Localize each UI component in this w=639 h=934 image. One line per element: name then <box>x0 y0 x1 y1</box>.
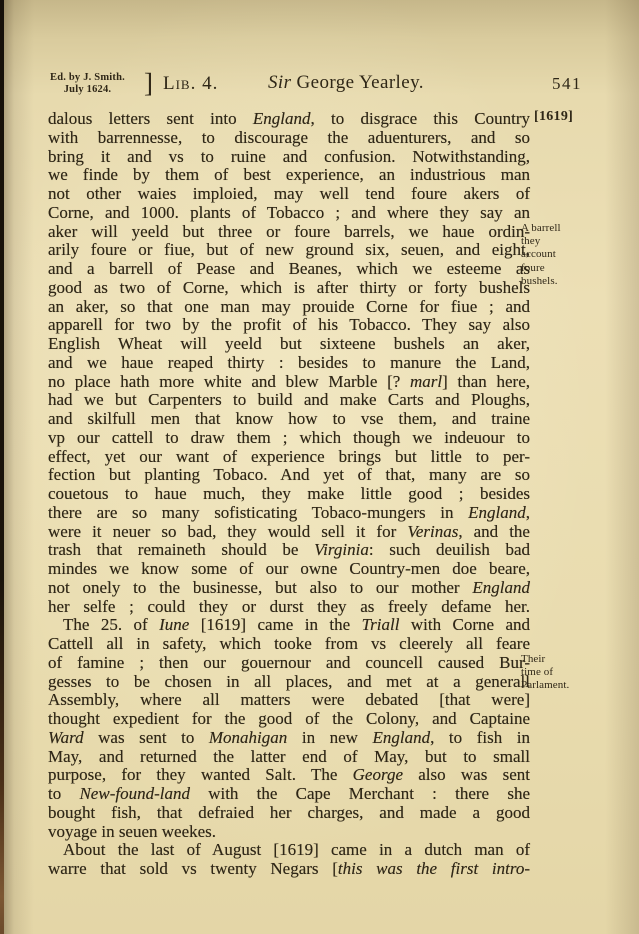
text-segment: were it neuer so bad, they would sell it… <box>48 522 407 541</box>
text-line: not other waies imploied, may well tend … <box>48 185 530 204</box>
italic-text-segment: England <box>253 109 311 128</box>
text-segment: and skilfull men that know how to vse th… <box>48 409 530 428</box>
text-line: purpose, for they wanted Salt. The Georg… <box>48 766 530 785</box>
text-segment: and we haue reaped thirty : besides to m… <box>48 353 530 372</box>
text-line: an aker, so that one man may prouide Cor… <box>48 298 530 317</box>
text-line: and we haue reaped thirty : besides to m… <box>48 354 530 373</box>
text-segment: and a barrell of Pease and Beanes, which… <box>48 259 530 278</box>
text-segment: voyage in seuen weekes. <box>48 822 216 841</box>
text-line: mindes we know some of our owne Country-… <box>48 560 530 579</box>
page-number: 541 <box>552 74 582 94</box>
text-segment: About the last of August [1619] came in … <box>63 840 530 859</box>
text-line: About the last of August [1619] came in … <box>48 841 530 860</box>
text-segment: warre that sold vs twenty Negars [ <box>48 859 338 878</box>
text-line: of famine ; then our gouernour and counc… <box>48 654 530 673</box>
text-line: bought fish, that defraied her charges, … <box>48 804 530 823</box>
text-line: Cattell all in safety, which tooke from … <box>48 635 530 654</box>
margin-note-year: [1619] <box>534 109 573 125</box>
text-segment: couetous to haue much, they make little … <box>48 484 530 503</box>
text-segment: , <box>526 503 530 522</box>
italic-text-segment: Verinas <box>407 522 458 541</box>
text-segment: effect, yet our want of experience bring… <box>48 447 530 466</box>
text-segment: vp our cattell to draw them ; which thou… <box>48 428 530 447</box>
text-segment: was sent to <box>84 728 209 747</box>
italic-text-segment: this was the first intro- <box>338 859 530 878</box>
scan-gutter-edge <box>0 0 4 934</box>
text-segment: , to fish in <box>430 728 530 747</box>
text-line: good as two of Corne, which is after thi… <box>48 279 530 298</box>
italic-text-segment: New-found-land <box>79 784 190 803</box>
margin-note-line: foure <box>521 262 601 275</box>
italic-text-segment: England <box>373 728 431 747</box>
italic-text-segment: Ward <box>48 728 84 747</box>
book-chapter-label: Lib. 4. <box>163 73 218 95</box>
text-line: with barrennesse, to discourage the adue… <box>48 129 530 148</box>
italic-text-segment: Iune <box>159 615 189 634</box>
text-segment: to <box>48 784 79 803</box>
text-segment: , and the <box>458 522 530 541</box>
text-line: Ward was sent to Monahigan in new Englan… <box>48 729 530 748</box>
text-line: aker will yeeld but three or foure barre… <box>48 223 530 242</box>
text-line: her selfe ; could they or durst they as … <box>48 598 530 617</box>
text-line: Assembly, where all matters were debated… <box>48 691 530 710</box>
text-segment: George Yearley. <box>291 72 424 93</box>
text-segment: English Wheat will yeeld but sixteene bu… <box>48 334 530 353</box>
text-segment: fection but planting Tobaco. And yet of … <box>48 465 530 484</box>
text-segment: aker will yeeld but three or foure barre… <box>48 222 530 241</box>
italic-text-segment: Virginia <box>314 540 369 559</box>
text-line: trash that remaineth should be Virginia:… <box>48 541 530 560</box>
text-line: there are so many sofisticating Tobaco-m… <box>48 504 530 523</box>
margin-note-line: they <box>521 235 601 248</box>
italic-text-segment: Sir <box>268 72 291 93</box>
text-segment: bring it and vs to ruine and confusion. … <box>48 147 530 166</box>
italic-text-segment: England <box>472 578 530 597</box>
text-segment: also was sent <box>403 765 530 784</box>
scanned-book-page: Ed. by J. Smith. July 1624. ] Lib. 4. Si… <box>0 0 639 934</box>
margin-note-line: Parlament. <box>521 679 601 692</box>
text-segment: mindes we know some of our owne Country-… <box>48 559 530 578</box>
text-line: voyage in seuen weekes. <box>48 823 530 842</box>
text-line: fection but planting Tobaco. And yet of … <box>48 466 530 485</box>
text-segment: apparell for two by the profit of his To… <box>48 315 530 334</box>
italic-text-segment: George <box>353 765 403 784</box>
editor-attribution-line1: Ed. by J. Smith. <box>50 72 125 84</box>
text-segment: in new <box>287 728 372 747</box>
text-segment: [1619] came in the <box>189 615 361 634</box>
text-segment: an aker, so that one man may prouide Cor… <box>48 297 530 316</box>
text-segment: not onely to the businesse, but also to … <box>48 578 472 597</box>
margin-note-line: A barrell <box>521 222 601 235</box>
text-segment: bought fish, that defraied her charges, … <box>48 803 530 822</box>
text-line: effect, yet our want of experience bring… <box>48 448 530 467</box>
text-segment: good as two of Corne, which is after thi… <box>48 278 530 297</box>
text-line: vp our cattell to draw them ; which thou… <box>48 429 530 448</box>
text-segment: : such deuilish bad <box>369 540 530 559</box>
text-segment: May, and returned the latter end of May,… <box>48 747 530 766</box>
text-line: and a barrell of Pease and Beanes, which… <box>48 260 530 279</box>
text-segment: , to disgrace this Country <box>310 109 530 128</box>
margin-note-barrell: A barrelltheyaccountfourebushels. <box>521 222 601 288</box>
text-line: bring it and vs to ruine and confusion. … <box>48 148 530 167</box>
header-bracket: ] <box>144 68 153 99</box>
text-line: not onely to the businesse, but also to … <box>48 579 530 598</box>
text-segment: there are so many sofisticating Tobaco-m… <box>48 503 468 522</box>
text-segment: with barrennesse, to discourage the adue… <box>48 128 530 147</box>
editor-attribution-line2: July 1624. <box>50 84 125 96</box>
text-line: gesses to be chosen in all places, and m… <box>48 673 530 692</box>
text-segment: no place hath more white and blew Marble… <box>48 372 410 391</box>
text-segment: gesses to be chosen in all places, and m… <box>48 672 530 691</box>
text-line: The 25. of Iune [1619] came in the Trial… <box>48 616 530 635</box>
text-line: to New-found-land with the Cape Merchant… <box>48 785 530 804</box>
margin-note-parlament: Theirtime ofParlament. <box>521 653 601 693</box>
text-segment: dalous letters sent into <box>48 109 253 128</box>
text-line: May, and returned the latter end of May,… <box>48 748 530 767</box>
margin-note-line: time of <box>521 666 601 679</box>
text-segment: The 25. of <box>63 615 159 634</box>
text-line: couetous to haue much, they make little … <box>48 485 530 504</box>
text-line: thought expedient for the good of the Co… <box>48 710 530 729</box>
text-segment: trash that remaineth should be <box>48 540 314 559</box>
text-segment: of famine ; then our gouernour and counc… <box>48 653 530 672</box>
text-segment: Cattell all in safety, which tooke from … <box>48 634 530 653</box>
text-segment: her selfe ; could they or durst they as … <box>48 597 530 616</box>
italic-text-segment: England <box>468 503 526 522</box>
text-line: arily foure or fiue, but of new ground s… <box>48 241 530 260</box>
text-line: warre that sold vs twenty Negars [this w… <box>48 860 530 879</box>
text-segment: not other waies imploied, may well tend … <box>48 184 530 203</box>
text-segment: ] than here, <box>442 372 530 391</box>
text-segment: with the Cape Merchant : there she <box>190 784 530 803</box>
text-line: English Wheat will yeeld but sixteene bu… <box>48 335 530 354</box>
text-segment: Corne, and 1000. plants of Tobacco ; and… <box>48 203 530 222</box>
italic-text-segment: Monahigan <box>209 728 287 747</box>
text-line: dalous letters sent into England, to dis… <box>48 110 530 129</box>
text-line: apparell for two by the profit of his To… <box>48 316 530 335</box>
running-title: Sir George Yearley. <box>268 72 424 94</box>
editor-attribution: Ed. by J. Smith. July 1624. <box>50 72 125 95</box>
text-line: Corne, and 1000. plants of Tobacco ; and… <box>48 204 530 223</box>
text-segment: had we but Carpenters to build and make … <box>48 390 530 409</box>
text-segment: purpose, for they wanted Salt. The <box>48 765 353 784</box>
italic-text-segment: marl <box>410 372 442 391</box>
text-segment: Assembly, where all matters were debated… <box>48 690 530 709</box>
text-line: were it neuer so bad, they would sell it… <box>48 523 530 542</box>
text-segment: thought expedient for the good of the Co… <box>48 709 530 728</box>
text-line: and skilfull men that know how to vse th… <box>48 410 530 429</box>
text-line: no place hath more white and blew Marble… <box>48 373 530 392</box>
text-line: had we but Carpenters to build and make … <box>48 391 530 410</box>
text-line: we finde by them of best experience, an … <box>48 166 530 185</box>
text-segment: arily foure or fiue, but of new ground s… <box>48 240 530 259</box>
italic-text-segment: Triall <box>362 615 400 634</box>
margin-note-line: Their <box>521 653 601 666</box>
margin-note-line: bushels. <box>521 275 601 288</box>
text-segment: we finde by them of best experience, an … <box>48 165 530 184</box>
margin-note-line: account <box>521 248 601 261</box>
body-text: dalous letters sent into England, to dis… <box>48 110 530 879</box>
text-segment: with Corne and <box>399 615 530 634</box>
